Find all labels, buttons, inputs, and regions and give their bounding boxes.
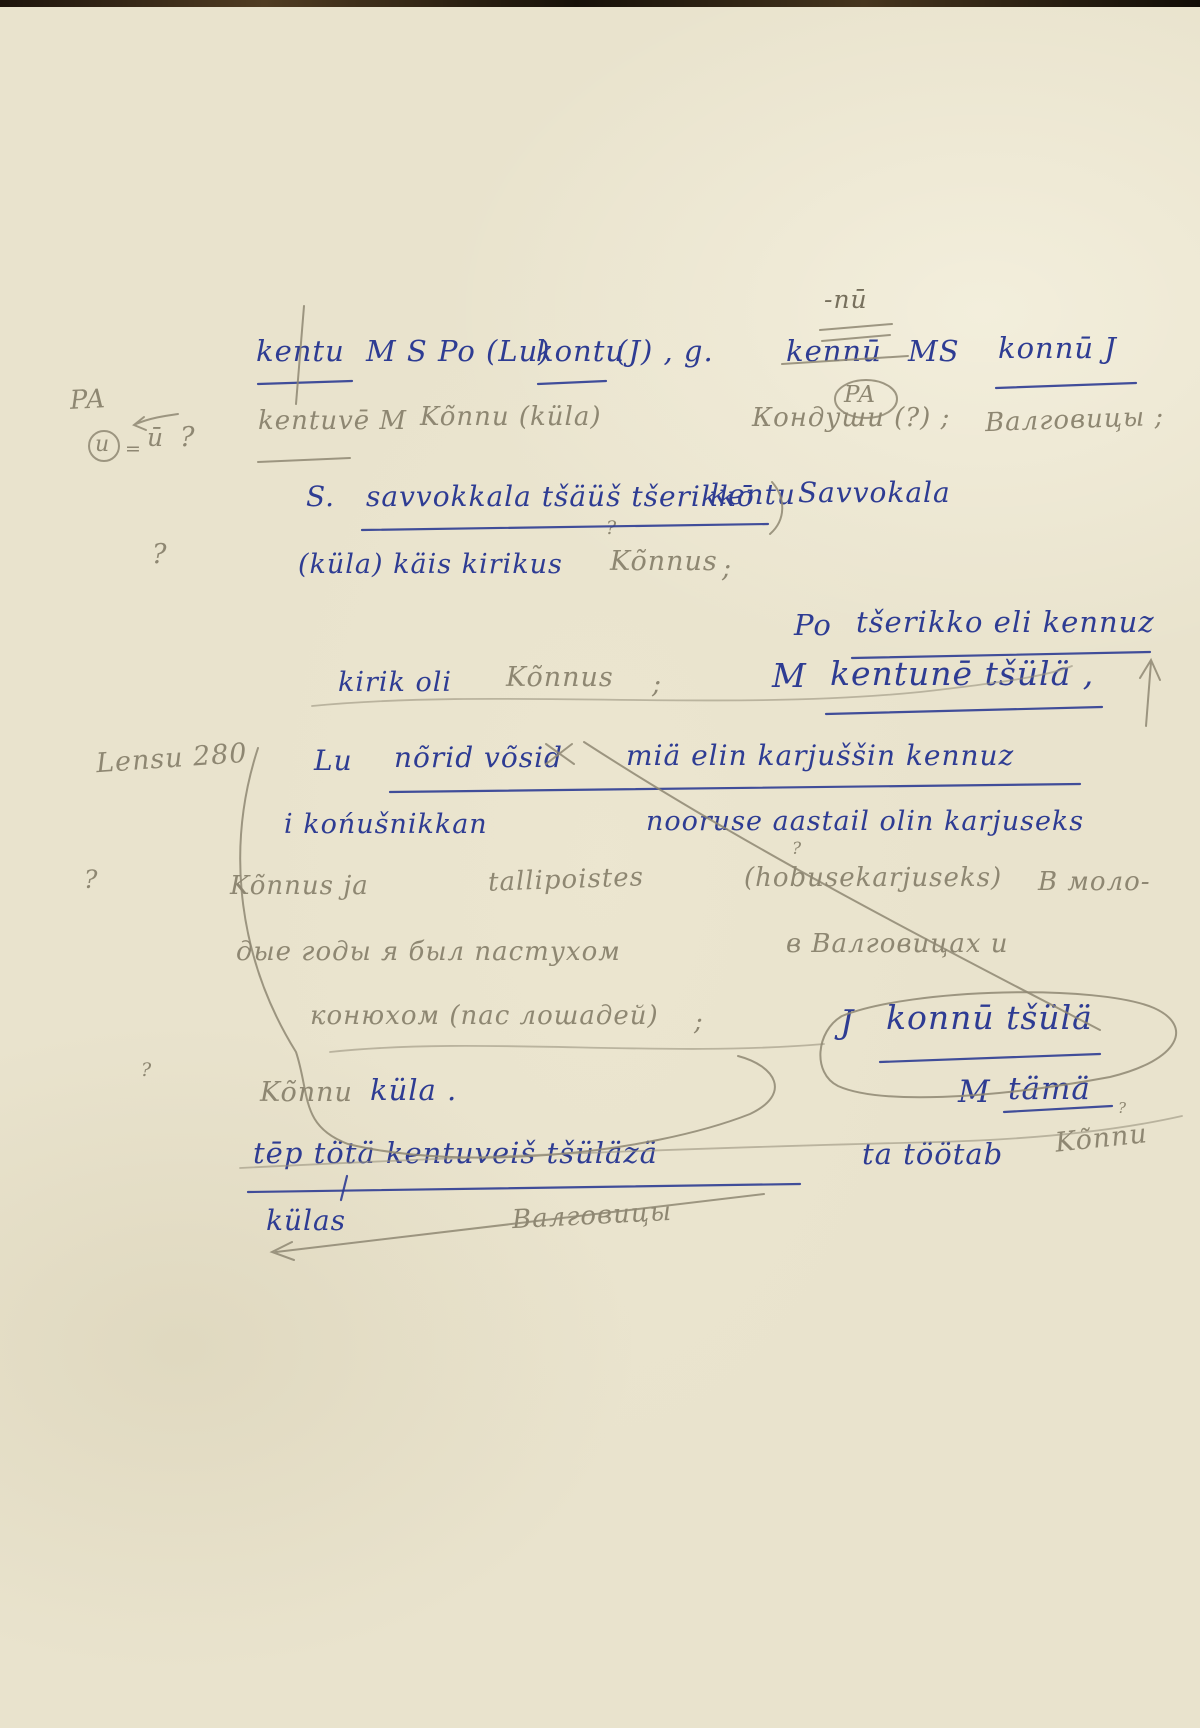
word-kyla-period: küla . [370, 1075, 457, 1107]
phrase-i-konusnikkan: i końušnikkan [284, 810, 488, 840]
word-konnu-pencil-3: Kõnnu [260, 1078, 353, 1108]
phrase-kirik-oli: kirik oli [338, 668, 452, 698]
underline-norid-kennuz [390, 784, 1080, 792]
manuscript-page: PA u = ū ? ? Lensu 280 ? ? -nū PA ? ? ? … [0, 0, 1200, 1728]
phrase-tserikko-eli-kennuz: tšerikko eli kennuz [856, 607, 1155, 639]
margin-question-mark-3: ? [84, 866, 98, 894]
underline-kontu [538, 381, 606, 384]
up-arrow [1140, 660, 1160, 726]
word-valgovitsy-struck: Валговицы [511, 1198, 672, 1235]
tick-on-underline [341, 1176, 347, 1200]
margin-u-macron: ū [147, 424, 164, 452]
phrase-ta-tootab: ta töötab [862, 1139, 1003, 1171]
word-kylas: külas [266, 1206, 346, 1237]
underline-kentune-tsyla [826, 707, 1102, 714]
margin-question-mark-1: ? [180, 423, 195, 453]
word-konnu-kyla: Kõnnu (küla) [420, 403, 601, 432]
word-konnu-j: konnū J [998, 333, 1117, 365]
underline-konnu-tsyla [880, 1054, 1100, 1062]
abbrev-s: S. [306, 482, 335, 513]
phrase-nooruse-aastail: nooruse aastail olin karjuseks [646, 807, 1084, 837]
pencil-marks [89, 306, 1182, 1260]
abbrev-m-2: M [958, 1075, 991, 1109]
phrase-kentune-tsyla: kentunē tšülä , [830, 656, 1094, 692]
abbrev-m: M [772, 658, 807, 694]
underline-kentuve [258, 458, 350, 462]
abbrev-ms: MS [908, 336, 960, 368]
word-konnus-pencil: Kõnnus [610, 547, 718, 577]
abbrev-j: J [840, 1004, 854, 1040]
phrase-savvokkala-tserikko: savvokkala tšäüš tšerikkō [366, 482, 755, 513]
phrase-norid-vosid: nõrid võsid [394, 743, 563, 774]
margin-equals-sign: = [125, 439, 142, 460]
word-konnu-pencil-4: Kõnnu [1054, 1119, 1149, 1158]
word-kentuve-m: kentuvē M [258, 407, 407, 436]
margin-question-mark-2: ? [152, 540, 167, 570]
phrase-konnu-tsyla: konnū tšülä [886, 1000, 1093, 1036]
phrase-v-valgovitsah: в Валговицах и [786, 930, 1009, 959]
word-tama: tämä [1008, 1072, 1091, 1106]
margin-lensu-reference: Lensu 280 [95, 739, 248, 779]
word-kondushi: Кондуши (?) ; [752, 404, 950, 433]
double-underline-nu-1 [820, 324, 892, 330]
semicolon-2: ; [652, 670, 662, 700]
word-konnus-pencil-2: Kõnnus [506, 663, 614, 693]
annotation-question-above-konnus: ? [606, 518, 617, 539]
margin-question-mark-4: ? [141, 1060, 152, 1081]
annotation-question-above-hobusekarjuseks: ? [792, 840, 802, 859]
loop-top-wavy-line [330, 1044, 824, 1052]
phrase-tep-tota-kentuveis: tēp tötä kentuveiš tšüläzä [253, 1138, 658, 1170]
abbrev-po: Po [794, 610, 832, 642]
word-kentu-2: kentu [710, 480, 796, 511]
word-kentu: kentu [256, 336, 345, 368]
word-hobusekarjuseks: (hobusekarjuseks) [744, 864, 1002, 893]
word-valgovitsy: Валговицы ; [985, 403, 1165, 438]
word-kontu: kontu [536, 336, 625, 368]
abbrev-mspo-lu: M S Po (Lu) [366, 336, 551, 368]
semicolon-1: ; [722, 554, 732, 584]
underline-kentu [258, 381, 352, 384]
annotation-question-above-konnu: ? [1118, 1100, 1127, 1117]
abbrev-lu: Lu [314, 746, 353, 777]
phrase-mia-elin-karjussin: miä elin karjuššin kennuz [626, 741, 1014, 772]
underline-savvokkala-kentu [362, 524, 768, 530]
phrase-konnus-ja: Kõnnus ja [230, 872, 369, 901]
phrase-kyla-kais-kirikus: (küla) käis kirikus [298, 550, 563, 580]
word-kennu-struck: kennū [786, 336, 882, 368]
underline-tep-tota [248, 1184, 800, 1192]
margin-pa-note: PA [69, 385, 106, 415]
phrase-konyuhom: конюхом (пас лошадей) [310, 1002, 659, 1031]
annotation-nu-suffix: -nū [824, 286, 868, 314]
scan-top-edge [0, 0, 1200, 7]
semicolon-3: ; [694, 1008, 704, 1037]
abbrev-j-g: (J) , g. [616, 336, 714, 368]
margin-u-circled: u [95, 433, 110, 457]
word-tallipoistes: tallipoistes [488, 863, 645, 897]
phrase-dye-gody: дые годы я был пастухом [236, 938, 621, 967]
word-savvokala: Savvokala [798, 478, 951, 509]
underline-konnu-j [996, 383, 1136, 388]
phrase-v-molo: В моло- [1038, 868, 1151, 897]
